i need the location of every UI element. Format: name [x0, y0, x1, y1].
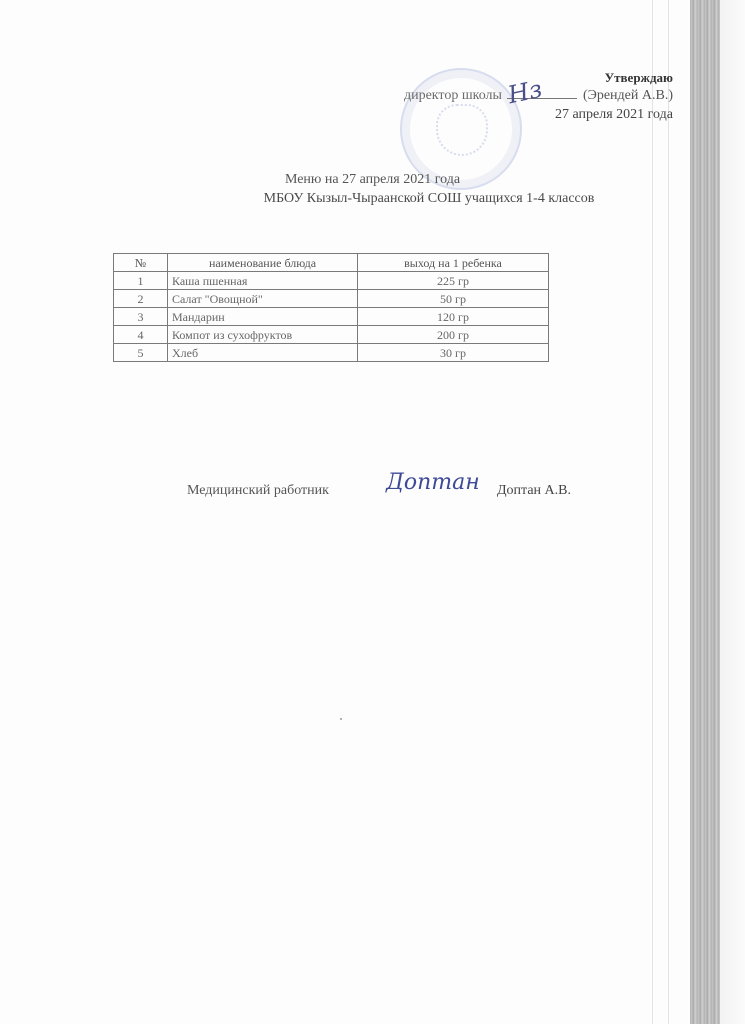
director-name: (Эрендей А.В.)	[583, 88, 673, 103]
table-row: 5 Хлеб 30 гр	[114, 344, 549, 362]
table-row: 1 Каша пшенная 225 гр	[114, 272, 549, 290]
scanned-document-page: Утверждаю директор школы (Эрендей А.В.) …	[0, 0, 745, 1024]
table-row: 3 Мандарин 120 гр	[114, 308, 549, 326]
medic-signature: Доптан	[386, 470, 480, 495]
medic-label: Медицинский работник	[187, 483, 329, 499]
dish-output: 200 гр	[358, 326, 549, 344]
dish-output: 225 гр	[358, 272, 549, 290]
dish-output: 30 гр	[358, 344, 549, 362]
header-number: №	[114, 254, 168, 272]
medic-name: Доптан А.В.	[497, 483, 571, 499]
scan-artifact-line	[652, 0, 653, 1024]
dish-name: Хлеб	[168, 344, 358, 362]
page-stack-edge	[690, 0, 720, 1024]
dish-name: Салат "Овощной"	[168, 290, 358, 308]
director-label: директор школы	[404, 88, 502, 103]
header-dish-name: наименование блюда	[168, 254, 358, 272]
director-signature: Нз	[505, 75, 544, 109]
table-header-row: № наименование блюда выход на 1 ребенка	[114, 254, 549, 272]
approval-date: 27 апреля 2021 года	[555, 107, 673, 123]
table-row: 4 Компот из сухофруктов 200 гр	[114, 326, 549, 344]
dish-output: 120 гр	[358, 308, 549, 326]
row-number: 3	[114, 308, 168, 326]
menu-table: № наименование блюда выход на 1 ребенка …	[113, 253, 549, 362]
row-number: 2	[114, 290, 168, 308]
row-number: 1	[114, 272, 168, 290]
school-subtitle: МБОУ Кызыл-Чыраанской СОШ учащихся 1-4 к…	[0, 191, 745, 207]
dish-name: Мандарин	[168, 308, 358, 326]
row-number: 5	[114, 344, 168, 362]
header-output: выход на 1 ребенка	[358, 254, 549, 272]
dish-output: 50 гр	[358, 290, 549, 308]
menu-title: Меню на 27 апреля 2021 года	[0, 172, 745, 188]
row-number: 4	[114, 326, 168, 344]
scan-speck	[340, 718, 342, 720]
table-row: 2 Салат "Овощной" 50 гр	[114, 290, 549, 308]
approval-title: Утверждаю	[605, 70, 673, 86]
dish-name: Каша пшенная	[168, 272, 358, 290]
dish-name: Компот из сухофруктов	[168, 326, 358, 344]
page-margin	[720, 0, 745, 1024]
scan-artifact-line	[668, 0, 669, 1024]
